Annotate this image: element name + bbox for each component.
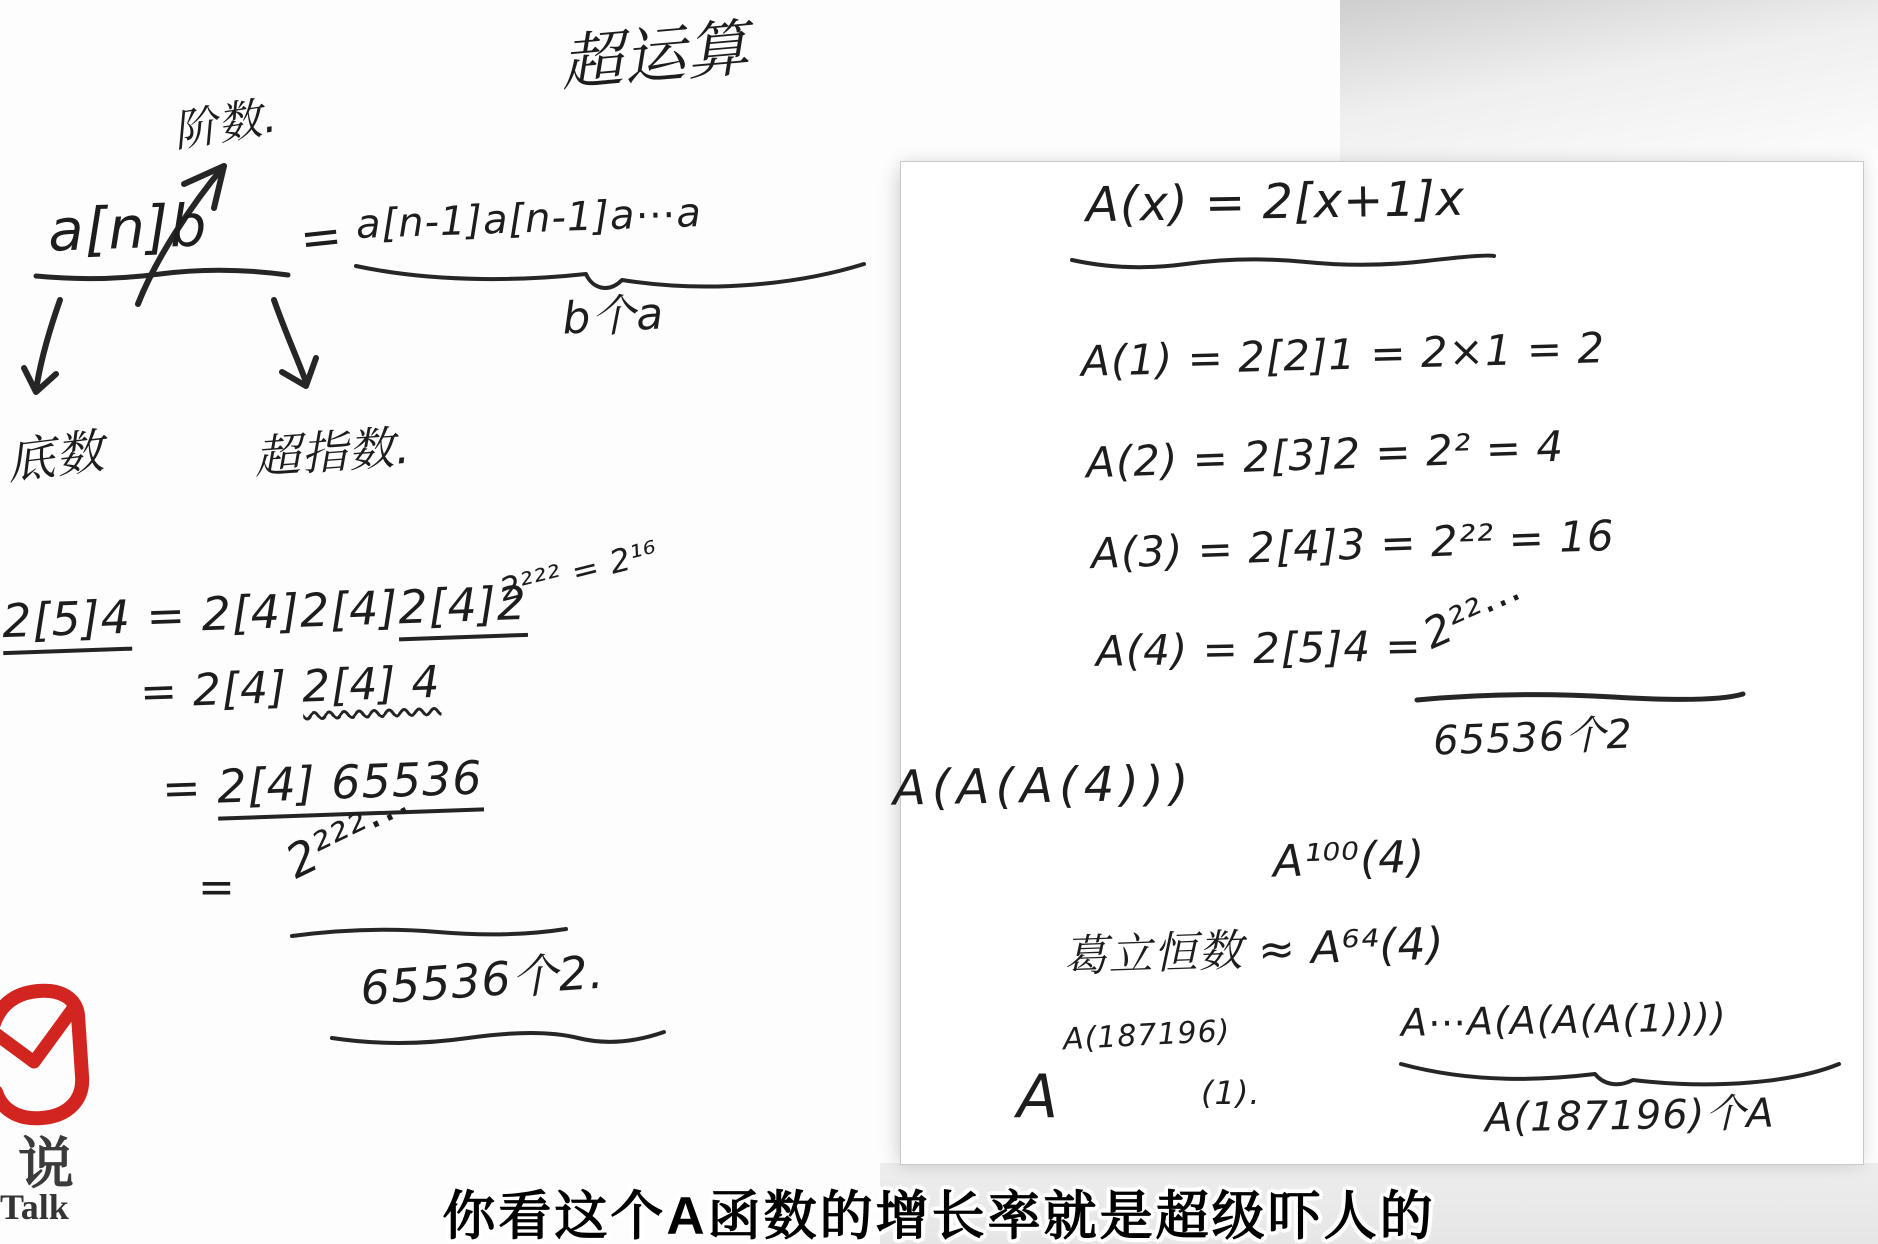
- base-arrow-down-icon: [18, 294, 80, 406]
- panel-a1: A(1) = 2[2]1 = 2×1 = 2: [1080, 323, 1605, 386]
- panel-iter100: A¹⁰⁰(4): [1272, 831, 1426, 887]
- calc-tower-underline: [288, 922, 570, 942]
- panel-nested: A(A(A(4))): [893, 755, 1195, 816]
- superexponent-arrow-down-icon: [252, 294, 324, 406]
- panel-chain-underbrace: [1395, 1054, 1843, 1088]
- panel-a4-fraction-line: [1413, 688, 1747, 706]
- superexponent-label: 超指数.: [252, 411, 413, 488]
- definition-lhs-underline: [32, 264, 292, 286]
- panel-chain-top: A⋯A(A(A(A(1)))): [1401, 995, 1727, 1045]
- panel-power-arg: (1).: [1201, 1074, 1261, 1112]
- notes-panel: A(x) = 2[x+1]x A(1) = 2[2]1 = 2×1 = 2 A(…: [900, 161, 1864, 1165]
- top-right-shading: [1340, 0, 1878, 166]
- definition-lhs: a[n]b: [47, 191, 209, 265]
- panel-a3: A(3) = 2[4]3 = 2²² = 16: [1090, 511, 1615, 578]
- panel-graham: 葛立恒数 ≈ A⁶⁴(4): [1062, 907, 1446, 984]
- calc-line-2-tail: 2[4] 4: [301, 657, 441, 713]
- calc-tower-label-underline: [328, 1024, 668, 1050]
- definition-underbrace-label: b个a: [560, 277, 665, 346]
- panel-chain-label: A(187196)个A: [1485, 1081, 1776, 1143]
- panel-power-sup: A(187196): [1062, 1014, 1231, 1058]
- calc-line-1-lhs: 2[5]4: [1, 590, 132, 655]
- panel-a4-tower: 2²²⋯: [1416, 570, 1533, 658]
- calc-line-3: = 2[4] 65536: [161, 750, 483, 815]
- panel-a4-label: 65536个2: [1432, 703, 1634, 767]
- calc-line-2: = 2[4] 2[4] 4: [139, 657, 441, 718]
- calc-line-1-mid: = 2[4]2[4]: [130, 580, 399, 643]
- panel-a2: A(2) = 2[3]2 = 2² = 4: [1085, 422, 1565, 488]
- panel-a4-head: A(4) = 2[5]4 =: [1096, 621, 1422, 676]
- calc-line-1: 2[5]4 = 2[4]2[4]2[4]2: [1, 576, 528, 648]
- panel-definition: A(x) = 2[x+1]x: [1086, 171, 1466, 234]
- panel-power-base: A: [1017, 1062, 1059, 1132]
- calc-tower-label: 65536个2.: [358, 936, 606, 1019]
- definition-rhs: a[n-1]a[n-1]a⋯a: [355, 190, 702, 248]
- channel-logo-icon: [0, 980, 100, 1142]
- calc-line-2-head: = 2[4]: [139, 662, 288, 718]
- calc-line-3-head: =: [161, 760, 202, 815]
- definition-equals: =: [297, 206, 346, 268]
- video-subtitle: 你看这个A函数的增长率就是超级吓人的: [0, 1174, 1878, 1244]
- video-frame: 超运算 阶数. a[n]b = a[n-1]a[n-1]a⋯a b个a 底数 超…: [0, 0, 1878, 1244]
- panel-definition-underline: [1066, 246, 1498, 274]
- base-label: 底数: [2, 412, 108, 492]
- board-title: 超运算: [556, 0, 752, 103]
- calc-line-2-note: 2²²² = 2¹⁶: [496, 533, 662, 609]
- calc-line-4-equals: =: [198, 862, 236, 913]
